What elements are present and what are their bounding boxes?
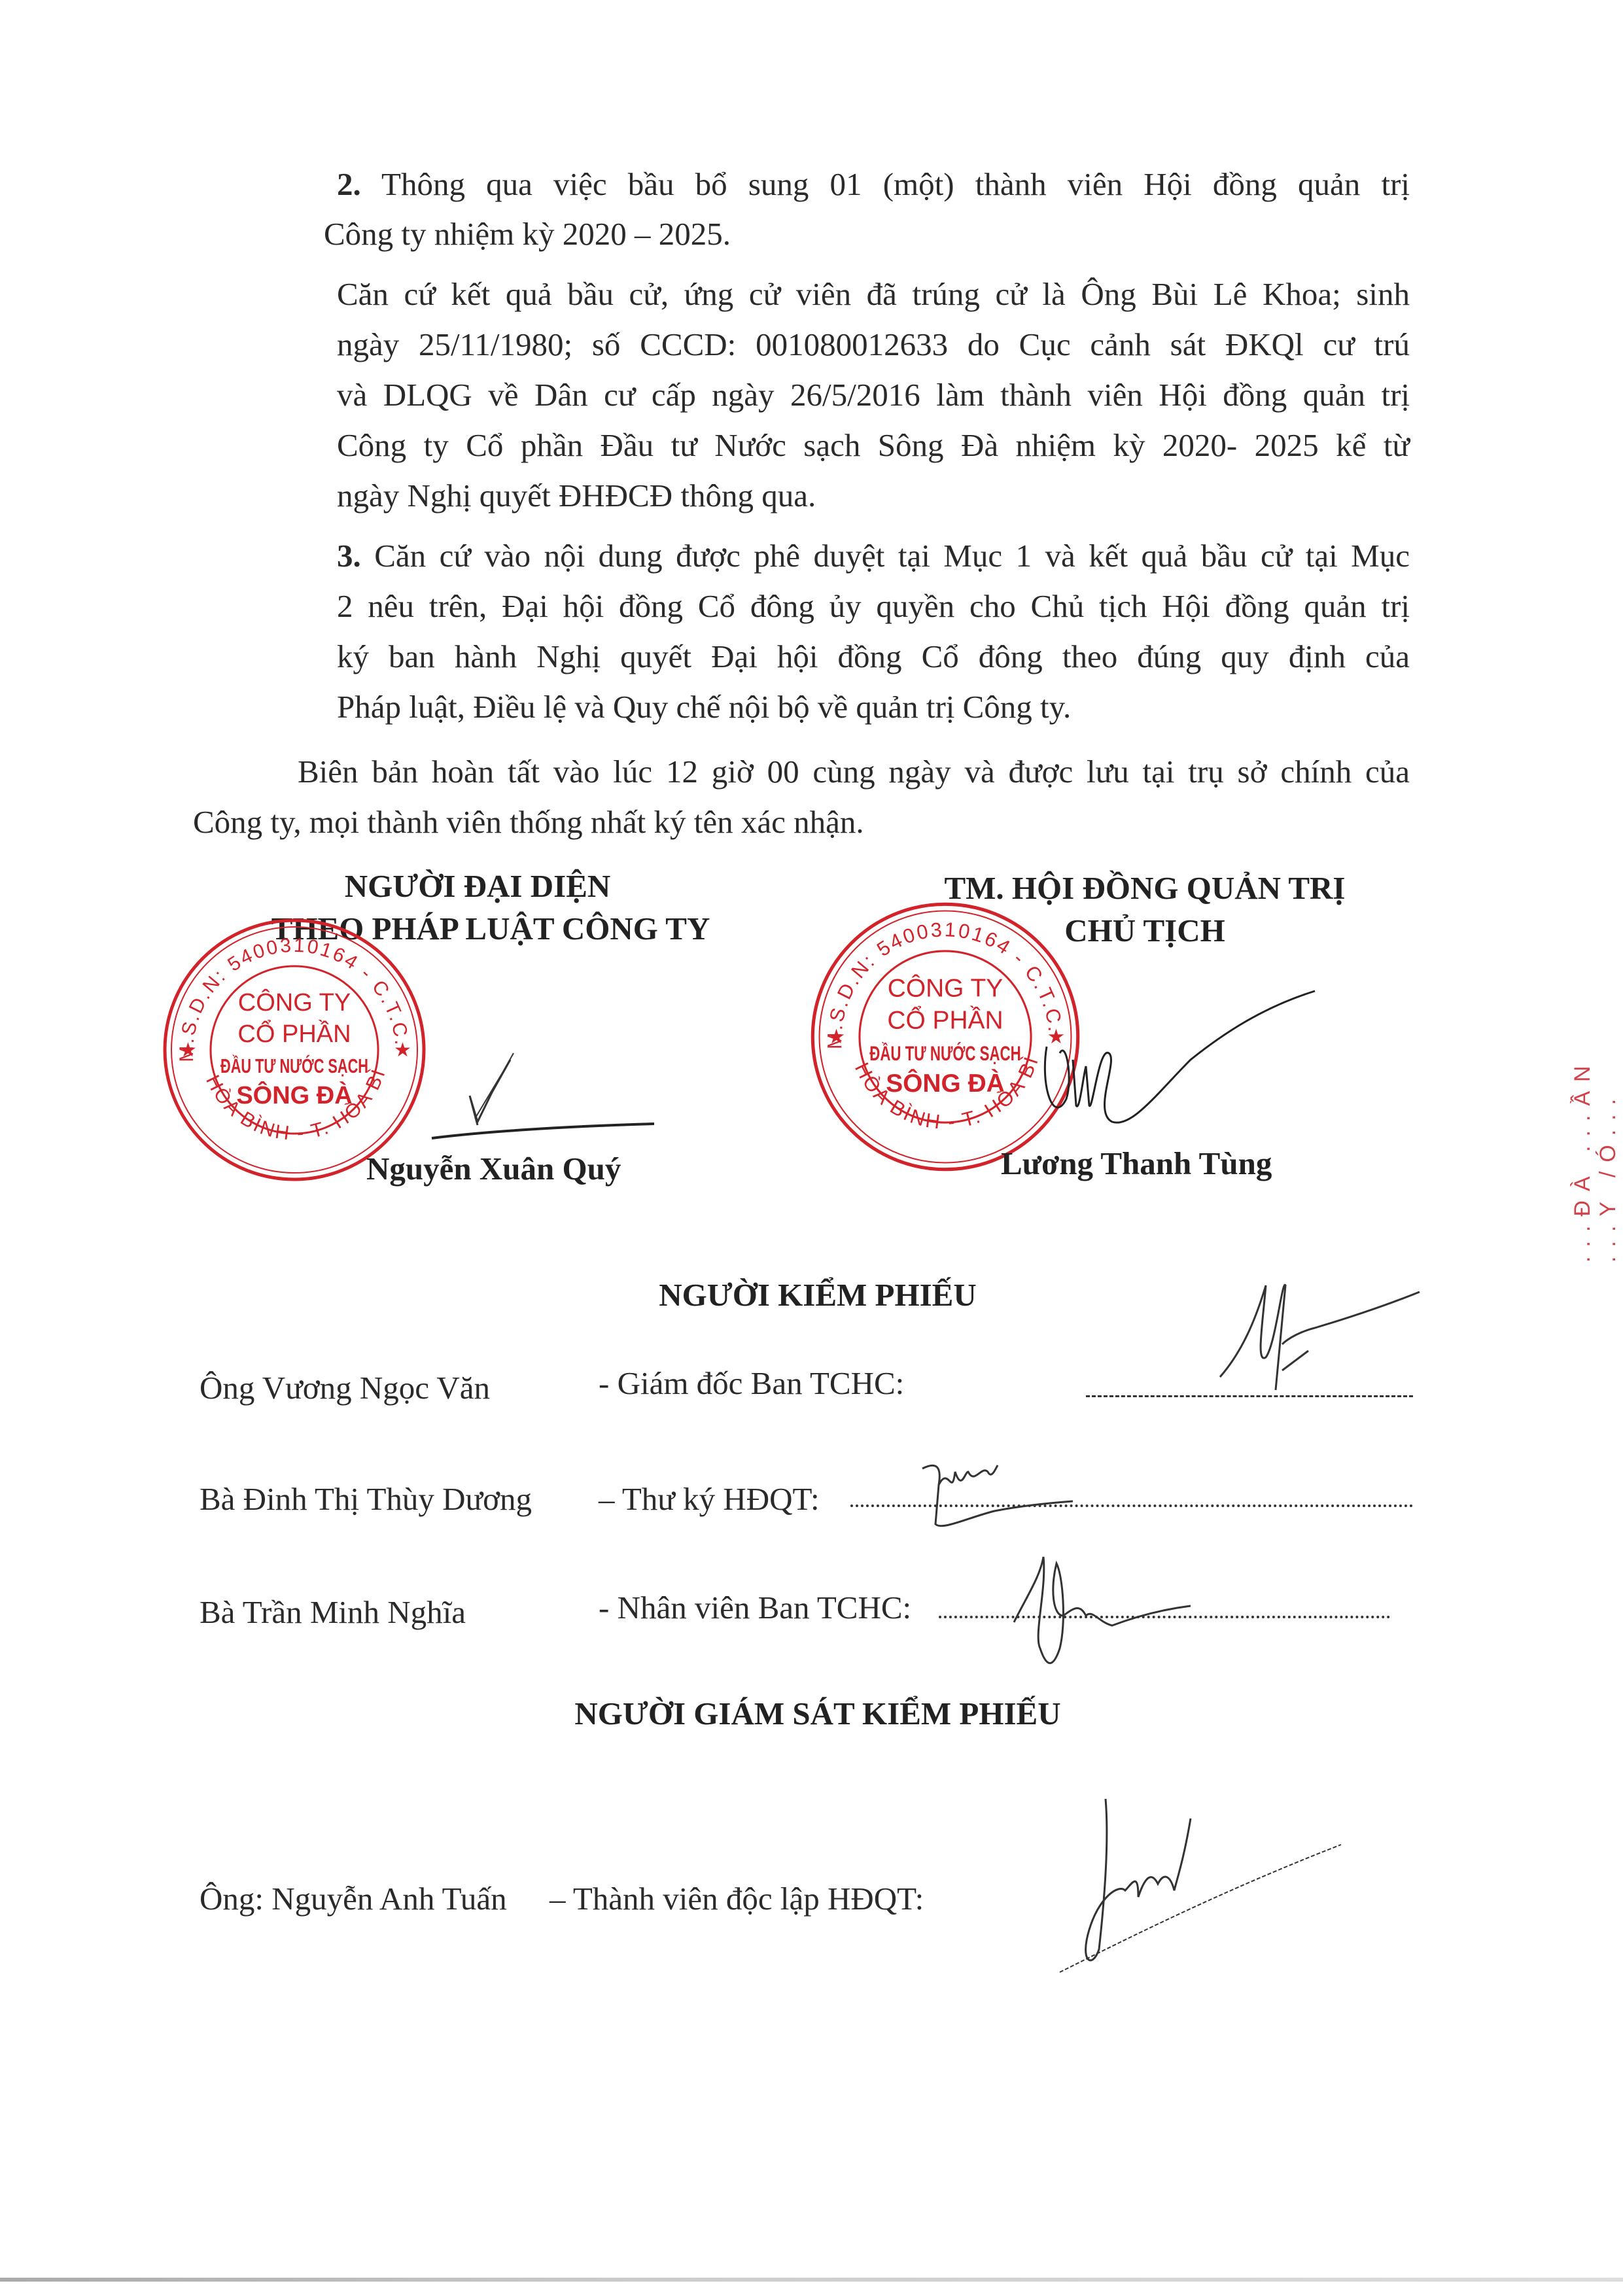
scan-edge-line <box>0 2278 1623 2282</box>
signature-supervisor <box>1053 1799 1341 1975</box>
closing-line1: Biên bản hoàn tất vào lúc 12 giờ 00 cùng… <box>298 752 1410 791</box>
supervisor-heading: NGƯỜI GIÁM SÁT KIỂM PHIẾU <box>497 1694 1138 1733</box>
vote-counter-role: - Nhân viên Ban TCHC: <box>599 1588 911 1627</box>
signature-icon <box>432 1020 654 1138</box>
item3-line: ký ban hành Nghị quyết Đại hội đồng Cổ đ… <box>337 637 1410 676</box>
item3-number: 3. <box>337 538 361 574</box>
supervisor-role: – Thành viên độc lập HĐQT: <box>550 1879 924 1919</box>
supervisor-name: Ông: Nguyễn Anh Tuấn <box>200 1879 507 1919</box>
company-seal-left: M.S.D.N: 5400310164 - C.T.C.P TP. HÒA BÌ… <box>157 913 432 1187</box>
closing-line2: Công ty, mọi thành viên thống nhất ký tê… <box>193 803 864 842</box>
election-line: ngày Nghị quyết ĐHĐCĐ thông qua. <box>337 476 816 515</box>
vote-counter-role: - Giám đốc Ban TCHC: <box>599 1364 904 1403</box>
seal-icon: M.S.D.N: 5400310164 - C.T.C.P TP. HÒA BÌ… <box>157 913 432 1187</box>
vote-counter-role: – Thư ký HĐQT: <box>599 1480 820 1519</box>
item3-line: 2 nêu trên, Đại hội đồng Cổ đông ủy quyề… <box>337 587 1410 626</box>
svg-text:★: ★ <box>394 1039 411 1062</box>
election-line: và DLQG về Dân cư cấp ngày 26/5/2016 làm… <box>337 375 1410 415</box>
item2-line2: Công ty nhiệm kỳ 2020 – 2025. <box>324 215 731 254</box>
signature-icon <box>1217 1266 1426 1397</box>
item2-line1: 2. Thông qua việc bầu bổ sung 01 (một) t… <box>337 165 1410 204</box>
right-signatory-name: Lương Thanh Tùng <box>1001 1145 1272 1182</box>
left-signatory-title-1: NGƯỜI ĐẠI DIỆN <box>190 867 765 906</box>
signature-icon <box>1053 1799 1341 1975</box>
document-page: 2. Thông qua việc bầu bổ sung 01 (một) t… <box>0 0 1623 2296</box>
vote-counter-name: Bà Đinh Thị Thùy Dương <box>200 1480 532 1519</box>
svg-text:CỔ PHẦN: CỔ PHẦN <box>887 1005 1003 1035</box>
item2-number: 2. <box>337 166 361 202</box>
svg-text:★: ★ <box>828 1025 846 1049</box>
item3-text: Căn cứ vào nội dung được phê duyệt tại M… <box>374 538 1410 574</box>
item3-line: Pháp luật, Điều lệ và Quy chế nội bộ về … <box>337 687 1071 727</box>
vote-counter-name: Bà Trần Minh Nghĩa <box>200 1593 466 1632</box>
signature-left <box>432 1020 654 1138</box>
signature-counter-1 <box>1217 1266 1426 1397</box>
svg-text:CÔNG TY: CÔNG TY <box>888 974 1003 1003</box>
signature-counter-3 <box>1007 1550 1204 1675</box>
vote-counter-name: Ông Vương Ngọc Văn <box>200 1368 490 1408</box>
election-line: ngày 25/11/1980; số CCCD: 001080012633 d… <box>337 325 1410 364</box>
election-line: Căn cứ kết quả bầu cử, ứng cử viên đã tr… <box>337 275 1410 314</box>
edge-seal-mark: ...ĐÀ ...ẦN ...Y /Ó... <box>1570 988 1596 1262</box>
signature-counter-2 <box>916 1446 1073 1531</box>
signature-icon <box>916 1446 1073 1531</box>
election-line: Công ty Cổ phần Đầu tư Nước sạch Sông Đà… <box>337 426 1410 465</box>
item2-text: Thông qua việc bầu bổ sung 01 (một) thàn… <box>381 166 1410 202</box>
signature-right <box>1040 981 1315 1132</box>
left-signatory-name: Nguyễn Xuân Quý <box>366 1150 621 1187</box>
svg-text:SÔNG ĐÀ: SÔNG ĐÀ <box>236 1080 352 1109</box>
svg-text:ĐẦU TƯ NƯỚC SẠCH: ĐẦU TƯ NƯỚC SẠCH <box>869 1041 1021 1065</box>
signature-icon <box>1007 1550 1204 1675</box>
signature-icon <box>1040 981 1315 1132</box>
svg-text:SÔNG ĐÀ: SÔNG ĐÀ <box>886 1068 1005 1098</box>
item3-line1: 3. Căn cứ vào nội dung được phê duyệt tạ… <box>337 536 1410 576</box>
svg-text:CỔ PHẦN: CỔ PHẦN <box>237 1018 351 1048</box>
svg-text:★: ★ <box>179 1039 197 1062</box>
vote-counters-heading: NGƯỜI KIỂM PHIẾU <box>563 1276 1073 1315</box>
svg-text:CÔNG TY: CÔNG TY <box>238 988 351 1017</box>
svg-text:ĐẦU TƯ NƯỚC SẠCH: ĐẦU TƯ NƯỚC SẠCH <box>220 1054 368 1077</box>
